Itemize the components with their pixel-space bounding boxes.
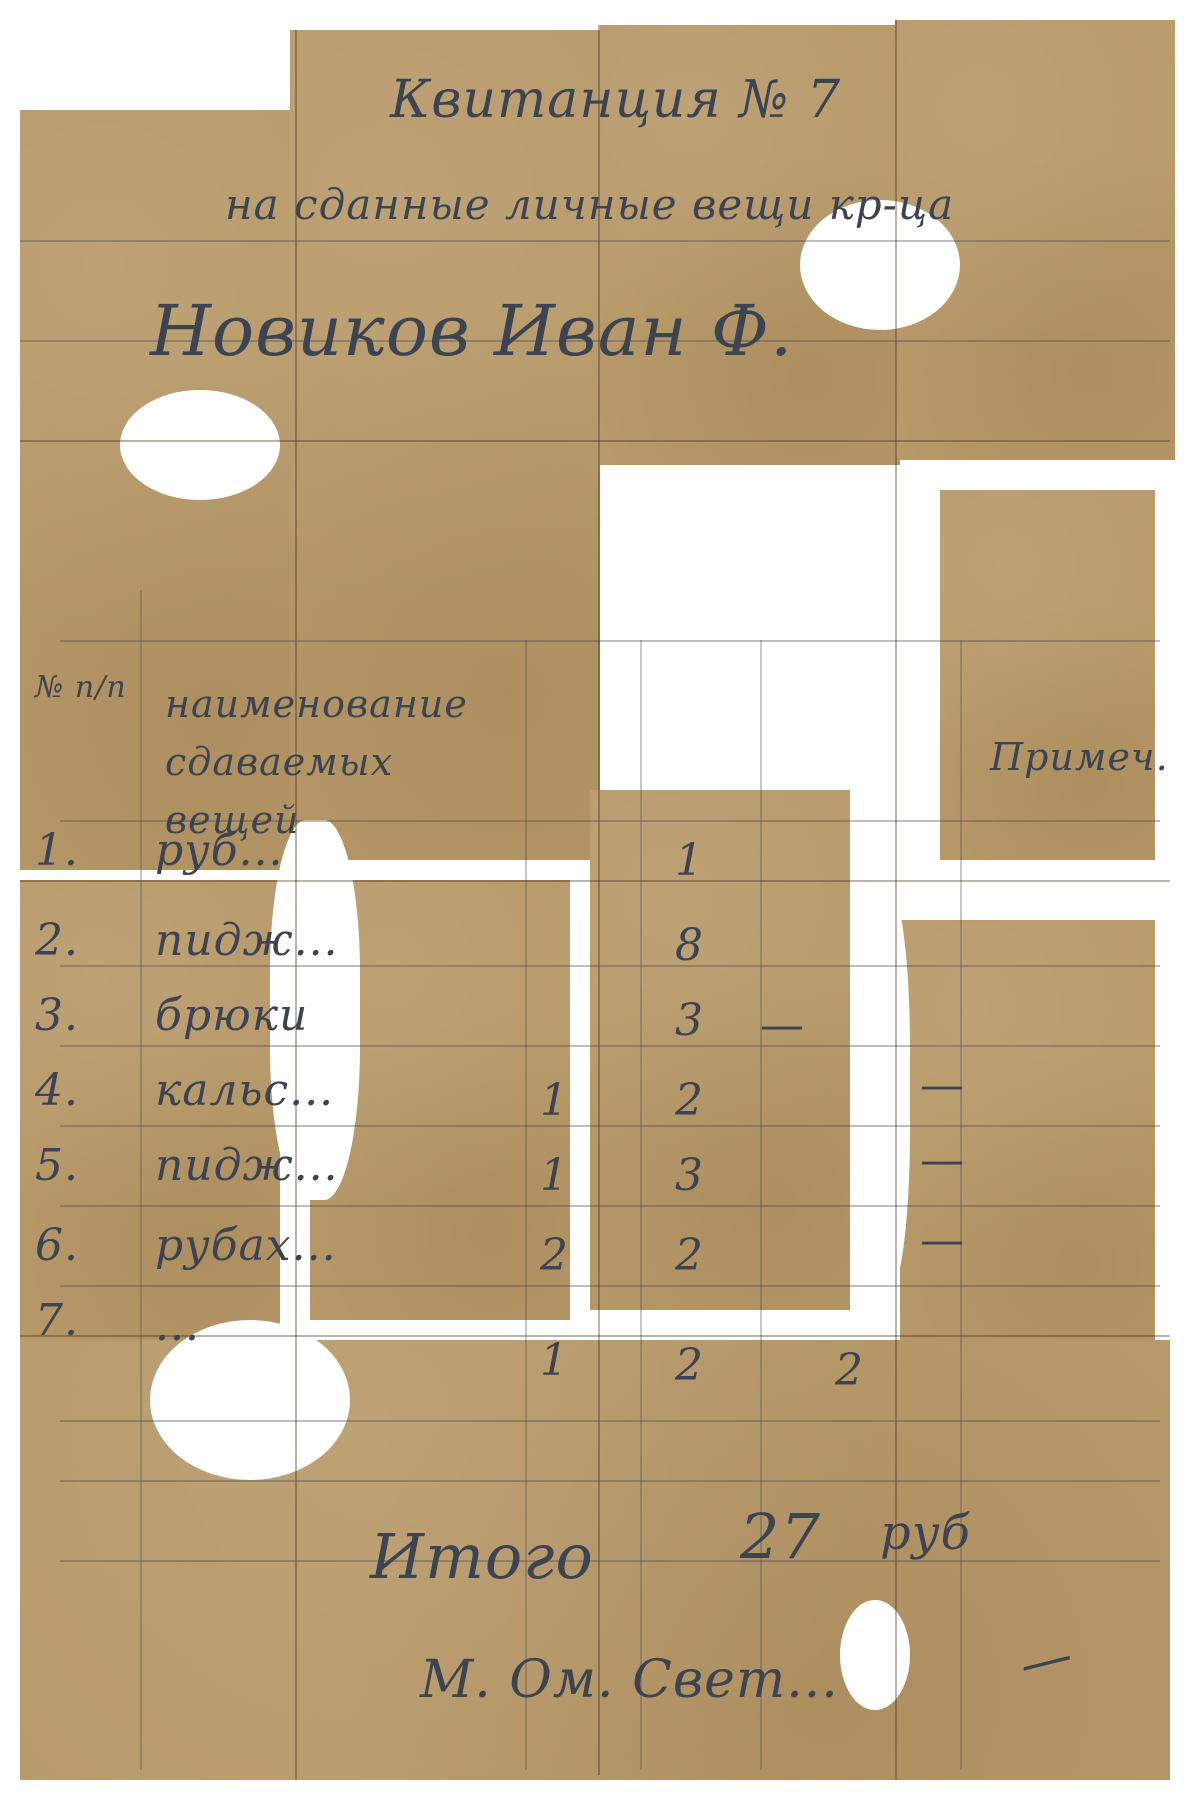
row-number: 5.	[35, 1140, 79, 1191]
fold-line	[20, 440, 1170, 442]
tear-hole	[600, 470, 940, 790]
row-number: 7.	[35, 1295, 79, 1346]
row-col-c: —	[920, 1215, 965, 1266]
row-col-b: 8	[675, 920, 704, 971]
row-col-b: 2	[675, 1075, 704, 1126]
ruled-line	[20, 240, 1170, 242]
ruled-line	[60, 1480, 1160, 1482]
row-item: пидж...	[155, 1140, 339, 1191]
row-number: 2.	[35, 915, 79, 966]
tear-hole	[850, 880, 910, 1300]
row-number: 1.	[35, 825, 79, 876]
row-col-a: 2	[540, 1230, 569, 1281]
signature: М. Ом. Свет...	[420, 1650, 839, 1710]
row-col-b: 2	[675, 1230, 704, 1281]
owner-name: Новиков Иван Ф.	[150, 290, 793, 372]
header-item-name: наименование сдаваемых вещей	[165, 675, 525, 849]
row-col-c: —	[920, 1135, 965, 1186]
header-number: № п/п	[35, 670, 127, 705]
ruled-line	[60, 1125, 1160, 1127]
ruled-line	[60, 1420, 1160, 1422]
ruled-line	[60, 1560, 1160, 1562]
header-notes: Примеч.	[990, 735, 1169, 779]
row-col-a: 1	[540, 1075, 569, 1126]
row-number: 3.	[35, 990, 79, 1041]
tear-hole	[120, 390, 280, 500]
row-item: кальс...	[155, 1065, 334, 1116]
paper-fragment-center-column	[590, 790, 850, 1310]
column-rule	[140, 590, 142, 1770]
total-label: Итого	[370, 1520, 594, 1593]
row-item: руб...	[155, 825, 284, 876]
row-col-c: 2	[835, 1345, 864, 1396]
row-col-b: 1	[675, 835, 704, 886]
ruled-line	[60, 640, 1160, 642]
row-item: брюки	[155, 990, 308, 1041]
receipt-title: Квитанция № 7	[390, 70, 841, 130]
ruled-line	[60, 1285, 1160, 1287]
receipt-subtitle: на сданные личные вещи кр-ца	[225, 180, 954, 229]
total-value: 27	[740, 1500, 821, 1573]
row-col-b: 3	[675, 1150, 704, 1201]
paper-fragment-right-middle	[940, 490, 1155, 860]
row-item: ...	[155, 1300, 200, 1351]
row-col-b: 2	[675, 1340, 704, 1391]
row-col-a: 1	[540, 1150, 569, 1201]
column-rule	[640, 640, 642, 1770]
row-col-c: —	[760, 1000, 805, 1051]
row-col-c: —	[920, 1060, 965, 1111]
total-unit: руб	[880, 1505, 971, 1561]
row-col-b: 3	[675, 995, 704, 1046]
row-item: пидж...	[155, 915, 339, 966]
tear-hole	[840, 1600, 910, 1710]
row-item: рубах...	[155, 1220, 337, 1271]
row-number: 6.	[35, 1220, 79, 1271]
fold-line	[598, 25, 600, 1775]
column-rule	[525, 640, 527, 1770]
ruled-line	[60, 1045, 1160, 1047]
row-number: 4.	[35, 1065, 79, 1116]
fold-line	[20, 880, 1170, 882]
column-rule	[960, 640, 962, 1770]
row-col-a: 1	[540, 1335, 569, 1386]
ruled-line	[60, 1205, 1160, 1207]
column-rule	[760, 640, 762, 1770]
